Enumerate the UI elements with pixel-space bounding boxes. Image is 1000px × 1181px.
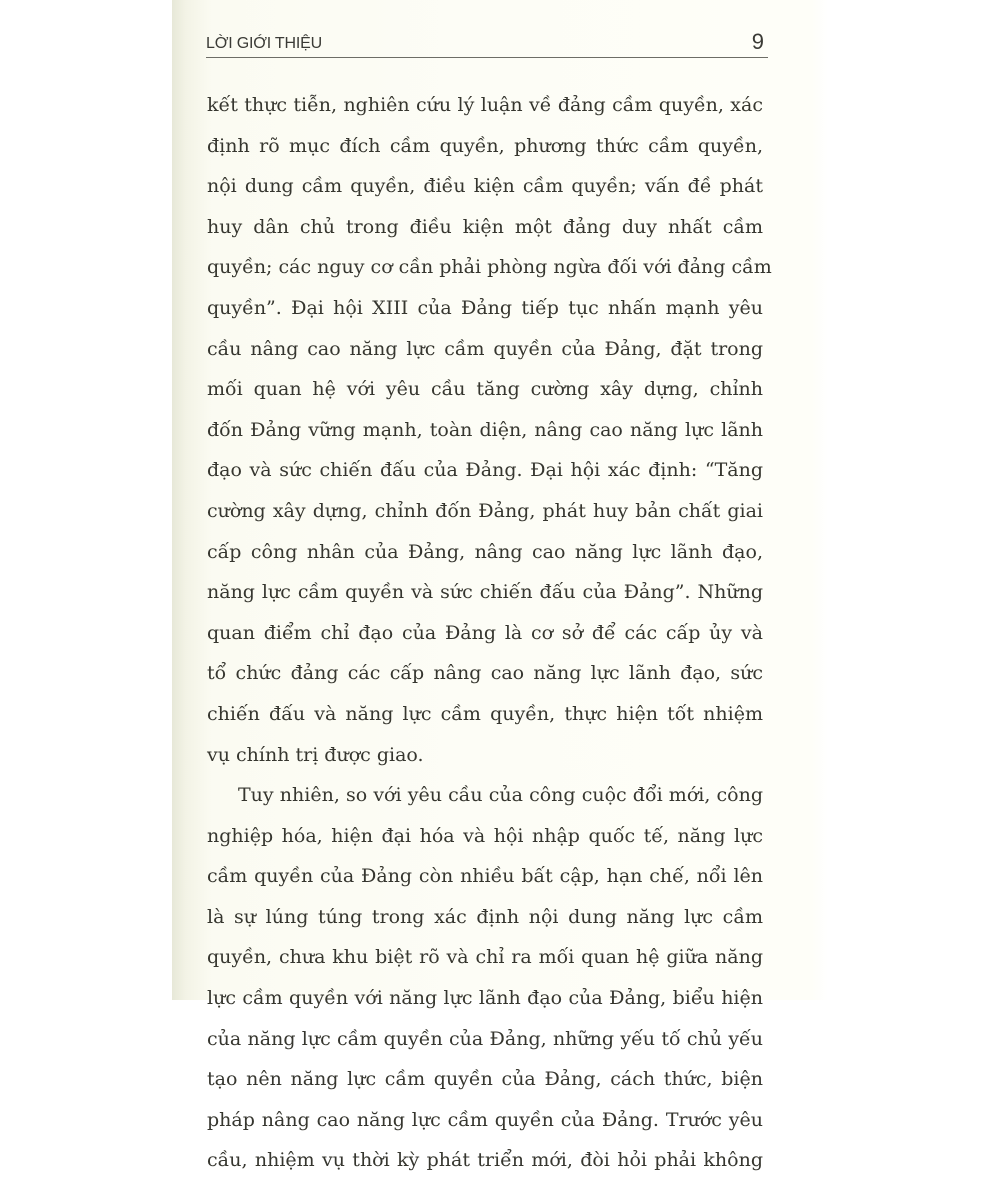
text-line: quan điểm chỉ đạo của Đảng là cơ sở để c…: [207, 613, 763, 654]
text-line: đốn Đảng vững mạnh, toàn diện, nâng cao …: [207, 410, 763, 451]
paragraph-1: kết thực tiễn, nghiên cứu lý luận về đản…: [207, 85, 763, 775]
section-title: LỜI GIỚI THIỆU: [206, 35, 322, 53]
text-line: cường xây dựng, chỉnh đốn Đảng, phát huy…: [207, 491, 763, 532]
page-number: 9: [752, 29, 764, 55]
text-line: nội dung cầm quyền, điều kiện cầm quyền;…: [207, 166, 763, 207]
text-line: huy dân chủ trong điều kiện một đảng duy…: [207, 207, 763, 248]
text-line: nghiệp hóa, hiện đại hóa và hội nhập quố…: [207, 816, 763, 857]
text-line: cấp công nhân của Đảng, nâng cao năng lự…: [207, 532, 763, 573]
text-line: tổ chức đảng các cấp nâng cao năng lực l…: [207, 653, 763, 694]
paragraph-2: Tuy nhiên, so với yêu cầu của công cuộc …: [207, 775, 763, 1000]
text-line: quyền, chưa khu biệt rõ và chỉ ra mối qu…: [207, 937, 763, 978]
text-line: là sự lúng túng trong xác định nội dung …: [207, 897, 763, 938]
text-line: đạo và sức chiến đấu của Đảng. Đại hội x…: [207, 450, 763, 491]
text-line: định rõ mục đích cầm quyền, phương thức …: [207, 126, 763, 167]
text-line: cầm quyền của Đảng còn nhiều bất cập, hạ…: [207, 856, 763, 897]
text-line: Tuy nhiên, so với yêu cầu của công cuộc …: [207, 775, 763, 816]
text-line: cầu nâng cao năng lực cầm quyền của Đảng…: [207, 329, 763, 370]
text-line: mối quan hệ với yêu cầu tăng cường xây d…: [207, 369, 763, 410]
text-line: lực cầm quyền với năng lực lãnh đạo của …: [207, 978, 763, 1000]
running-head: LỜI GIỚI THIỆU 9: [206, 33, 768, 58]
text-line: năng lực cầm quyền và sức chiến đấu của …: [207, 572, 763, 613]
body-text: kết thực tiễn, nghiên cứu lý luận về đản…: [207, 85, 763, 1000]
text-line: kết thực tiễn, nghiên cứu lý luận về đản…: [207, 85, 763, 126]
text-line: quyền”. Đại hội XIII của Đảng tiếp tục n…: [207, 288, 763, 329]
text-line: vụ chính trị được giao.: [207, 735, 763, 776]
text-line: quyền; các nguy cơ cần phải phòng ngừa đ…: [207, 247, 763, 288]
book-page: LỜI GIỚI THIỆU 9 kết thực tiễn, nghiên c…: [172, 0, 828, 1000]
text-line: chiến đấu và năng lực cầm quyền, thực hi…: [207, 694, 763, 735]
